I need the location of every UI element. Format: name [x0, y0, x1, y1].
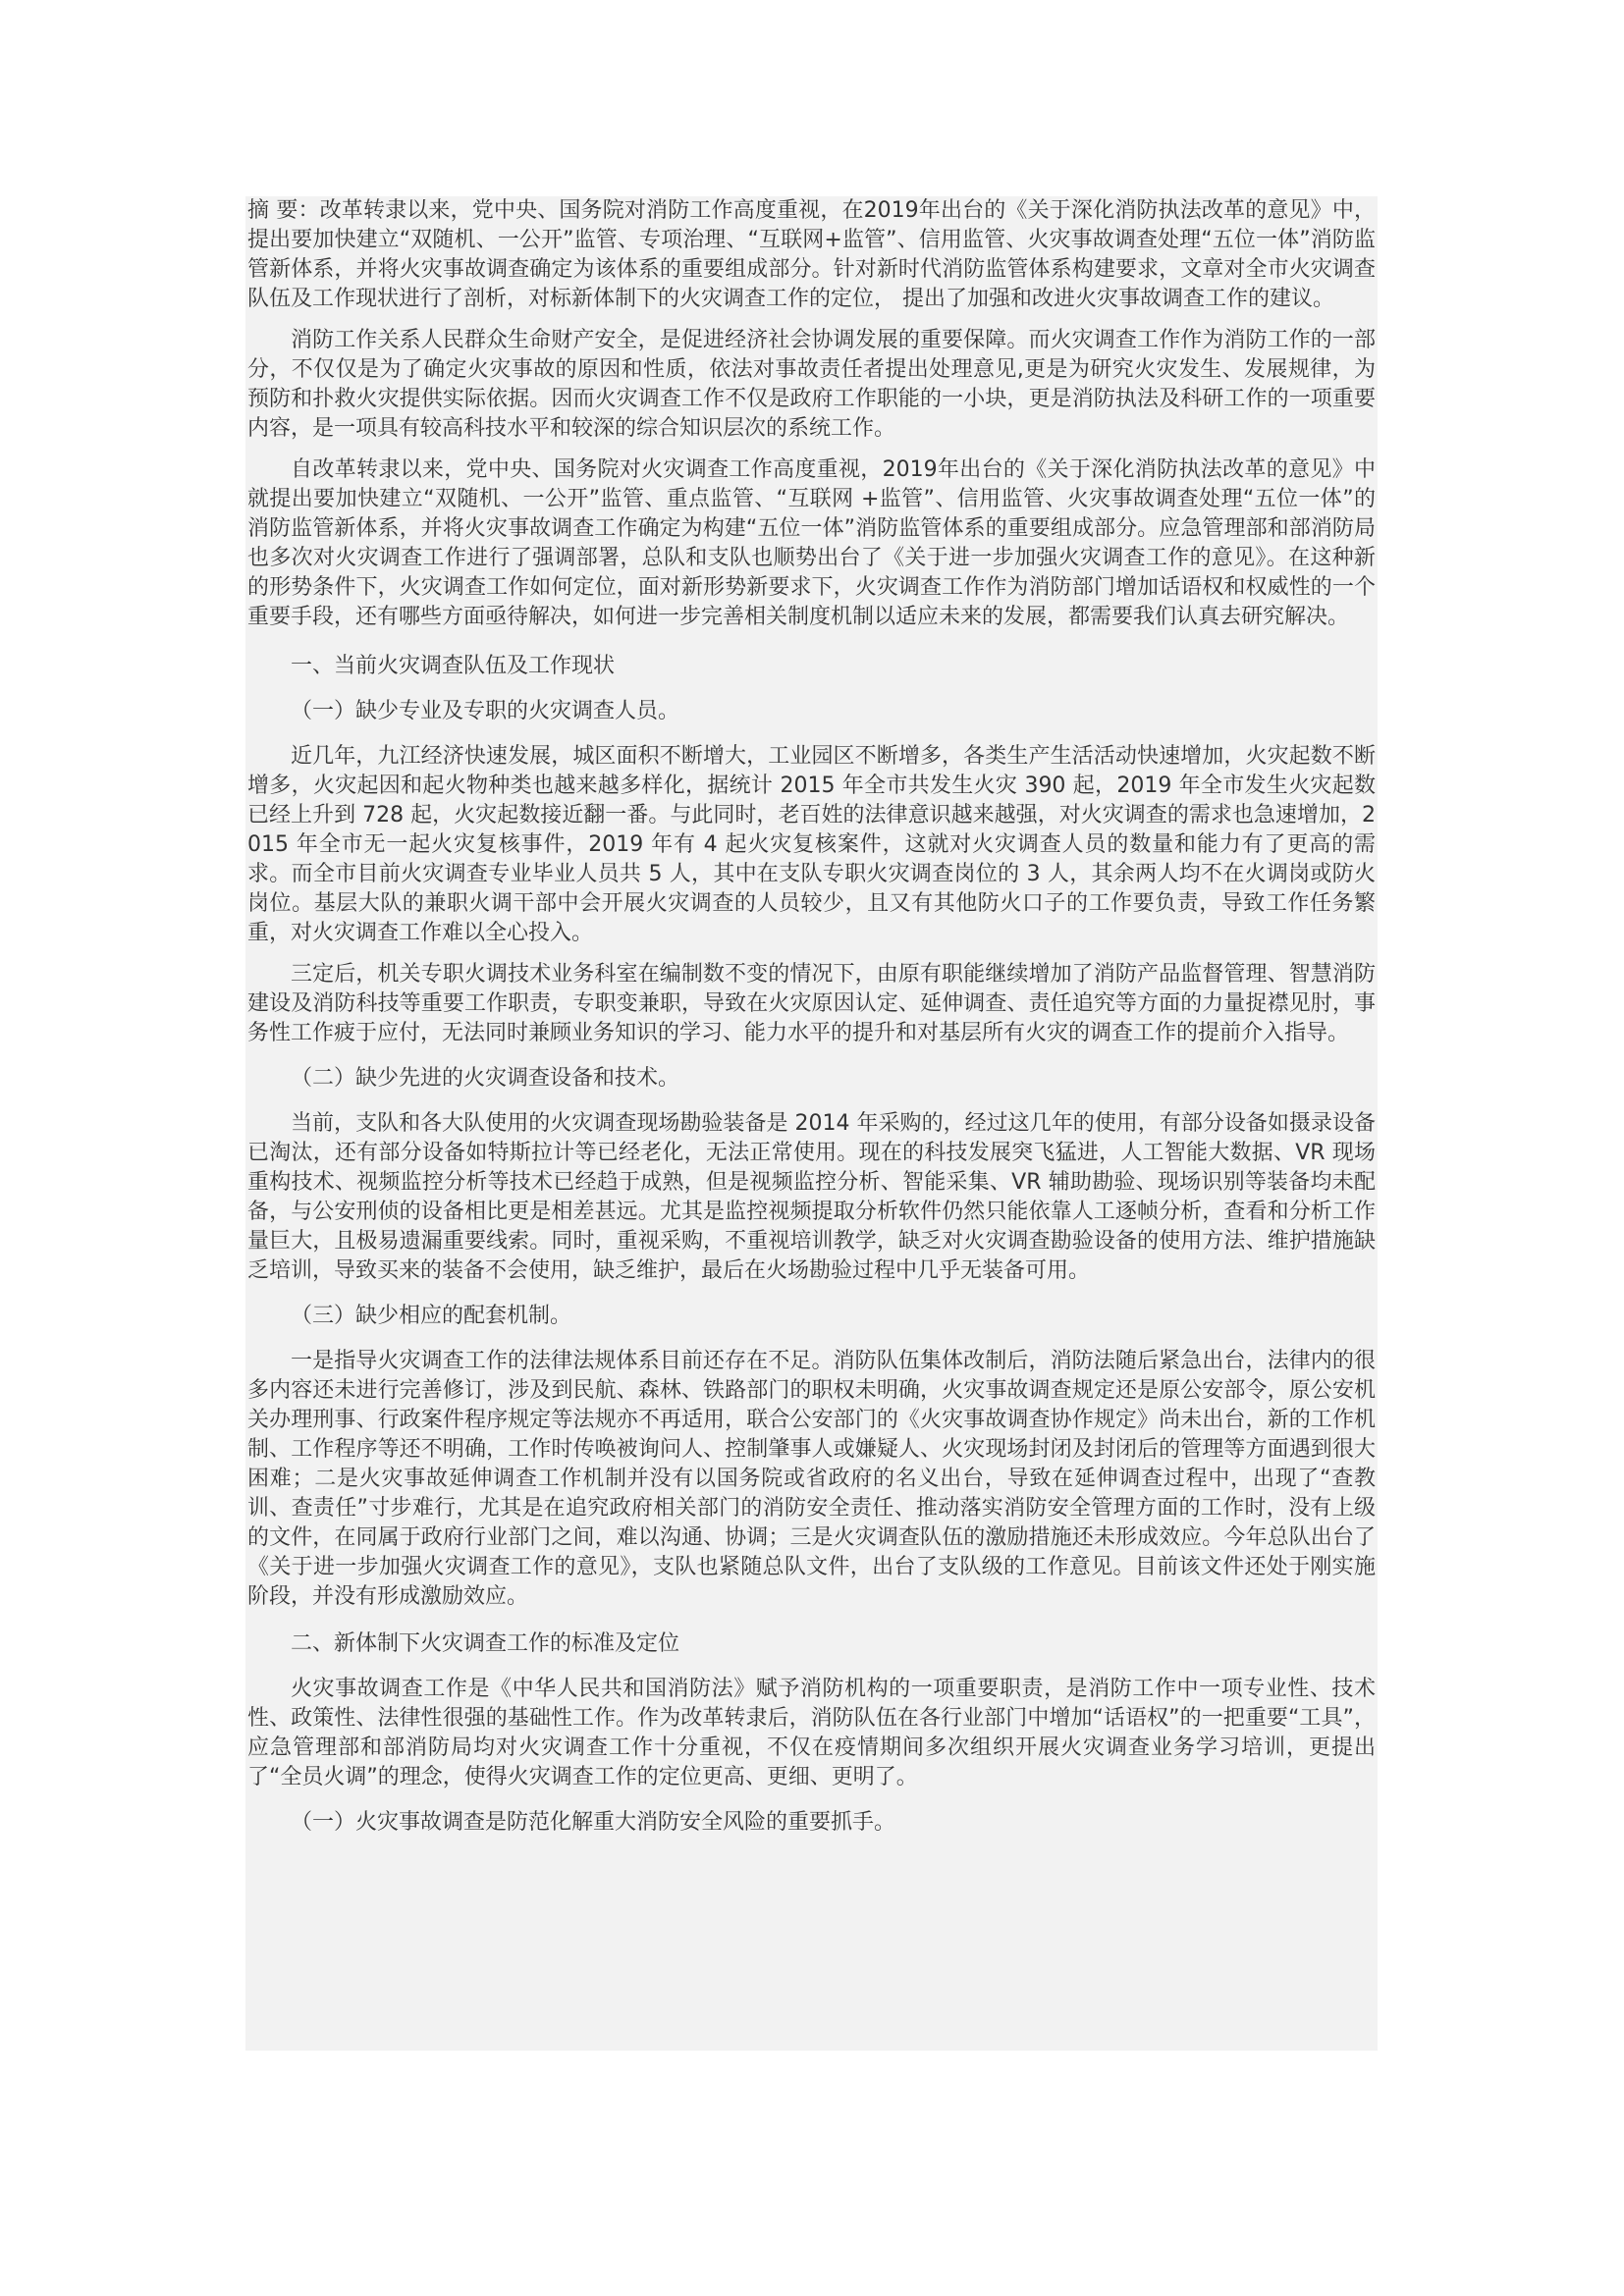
- article-body: 摘 要：改革转隶以来，党中央、国务院对消防工作高度重视，在2019年出台的《关于…: [245, 196, 1378, 2051]
- section-heading: 一、当前火灾调查队伍及工作现状: [247, 652, 1376, 681]
- body-paragraph: 三定后，机关专职火调技术业务科室在编制数不变的情况下，由原有职能继续增加了消防产…: [247, 960, 1376, 1048]
- subsection-heading: （二）缺少先进的火灾调查设备和技术。: [247, 1064, 1376, 1094]
- body-paragraph: 当前，支队和各大队使用的火灾调查现场勘验装备是 2014 年采购的，经过这几年的…: [247, 1109, 1376, 1286]
- body-paragraph: 一是指导火灾调查工作的法律法规体系目前还存在不足。消防队伍集体改制后，消防法随后…: [247, 1347, 1376, 1612]
- subsection-heading: （三）缺少相应的配套机制。: [247, 1302, 1376, 1331]
- abstract-paragraph: 摘 要：改革转隶以来，党中央、国务院对消防工作高度重视，在2019年出台的《关于…: [247, 196, 1376, 314]
- section-heading: 二、新体制下火灾调查工作的标准及定位: [247, 1629, 1376, 1659]
- intro-paragraph: 消防工作关系人民群众生命财产安全，是促进经济社会协调发展的重要保障。而火灾调查工…: [247, 326, 1376, 444]
- body-paragraph: 近几年，九江经济快速发展，城区面积不断增大，工业园区不断增多，各类生产生活活动快…: [247, 742, 1376, 948]
- subsection-heading: （一）火灾事故调查是防范化解重大消防安全风险的重要抓手。: [247, 1808, 1376, 1838]
- body-paragraph: 火灾事故调查工作是《中华人民共和国消防法》赋予消防机构的一项重要职责，是消防工作…: [247, 1675, 1376, 1792]
- subsection-heading: （一）缺少专业及专职的火灾调查人员。: [247, 697, 1376, 726]
- intro-paragraph: 自改革转隶以来，党中央、国务院对火灾调查工作高度重视，2019年出台的《关于深化…: [247, 455, 1376, 632]
